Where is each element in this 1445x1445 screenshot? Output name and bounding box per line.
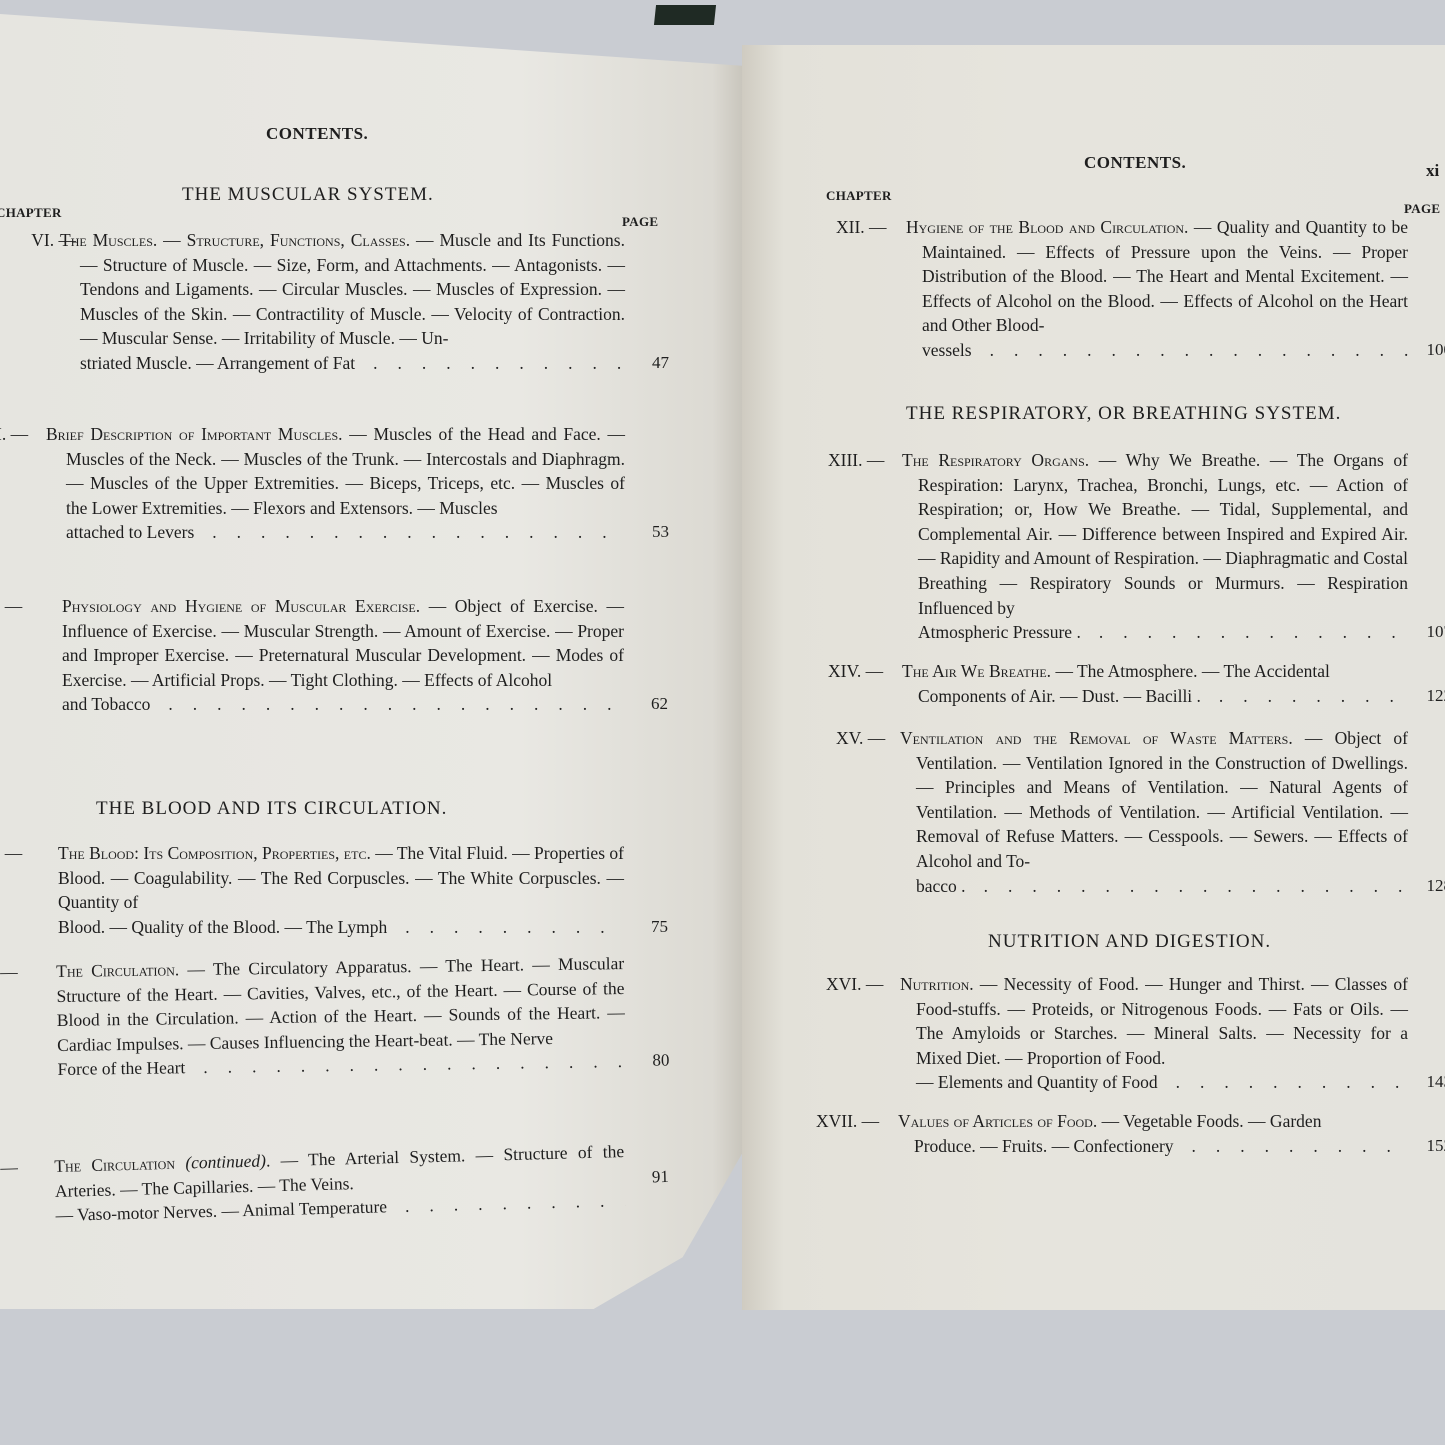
page-number: 75 — [651, 915, 668, 940]
page-number: 100 — [1427, 338, 1445, 363]
toc-entry[interactable]: XVI. — Nutrition. — Necessity of Food. —… — [916, 972, 1408, 1095]
section-title: NUTRITION AND DIGESTION. — [988, 931, 1271, 953]
chapter-label: CHAPTER — [0, 205, 62, 221]
page-number: 91 — [652, 1165, 670, 1190]
chapter-number: I. — — [0, 422, 106, 447]
running-head: CONTENTS. — [266, 124, 368, 144]
folio-number: xi — [1426, 161, 1439, 181]
section-title: THE MUSCULAR SYSTEM. — [182, 184, 434, 206]
page-number: 122 — [1427, 684, 1445, 709]
leader-dots: .......................... — [150, 692, 624, 717]
entry-text: The Blood: Its Composition, Properties, … — [58, 841, 624, 915]
entry-text: The Circulation. — The Circulatory Appar… — [56, 951, 625, 1057]
entry-text: The Air We Breathe. — The Atmosphere. — … — [918, 659, 1408, 684]
leader-dots: .......................... — [972, 338, 1408, 363]
toc-entry[interactable]: XVII. — Values of Articles of Food. — Ve… — [914, 1109, 1408, 1158]
page-label: PAGE — [622, 214, 658, 230]
leader-dots: .......................... — [1174, 1134, 1408, 1159]
section-title: THE BLOOD AND ITS CIRCULATION. — [96, 798, 447, 820]
leader-dots: .......................... — [1081, 620, 1408, 645]
page-number: 80 — [652, 1049, 669, 1074]
entry-text: Physiology and Hygiene of Muscular Exerc… — [62, 594, 624, 692]
book-cover-edge — [654, 5, 716, 25]
entry-text: Ventilation and the Removal of Waste Mat… — [916, 726, 1408, 874]
page-number: 62 — [651, 692, 668, 717]
leader-dots: .......................... — [1201, 684, 1408, 709]
entry-text: The Muscles. — Structure, Functions, Cla… — [80, 228, 625, 351]
chapter-number: XIII. — — [828, 448, 916, 473]
toc-entry[interactable]: XIV. — The Air We Breathe. — The Atmosph… — [918, 659, 1408, 708]
entry-text: Brief Description of Important Muscles. … — [66, 422, 625, 520]
leader-dots: .......................... — [1158, 1070, 1408, 1095]
toc-entry[interactable]: XII. — Hygiene of the Blood and Circulat… — [922, 215, 1408, 363]
entry-text: Nutrition. — Necessity of Food. — Hunger… — [916, 972, 1408, 1070]
leader-dots: .......................... — [387, 915, 624, 940]
toc-entry[interactable]: — The Circulation (continued). — The Art… — [54, 1139, 626, 1228]
chapter-number: XII. — — [836, 215, 920, 240]
page-number: 143 — [1427, 1070, 1445, 1095]
page-number: 152 — [1427, 1134, 1445, 1159]
chapter-label: CHAPTER — [826, 188, 892, 204]
toc-entry[interactable]: . — Physiology and Hygiene of Muscular E… — [62, 594, 624, 717]
entry-text: The Respiratory Organs. — Why We Breathe… — [918, 448, 1408, 620]
chapter-number: XV. — — [836, 726, 914, 751]
page-number: 53 — [652, 520, 669, 545]
toc-entry[interactable]: — The Circulation. — The Circulatory App… — [56, 951, 626, 1082]
entry-text: Values of Articles of Food. — Vegetable … — [914, 1109, 1408, 1134]
leader-dots: .......................... — [185, 1049, 626, 1080]
leader-dots: .......................... — [355, 351, 625, 376]
leader-dots: .......................... — [194, 520, 625, 545]
toc-entry[interactable]: . — The Blood: Its Composition, Properti… — [58, 841, 624, 939]
chapter-number: — — [0, 1154, 51, 1180]
entry-text: Hygiene of the Blood and Circulation. — … — [922, 215, 1408, 338]
running-head: CONTENTS. — [1084, 153, 1186, 173]
toc-entry[interactable]: XIII. — The Respiratory Organs. — Why We… — [918, 448, 1408, 645]
page-number: 107 — [1427, 620, 1445, 645]
toc-entry[interactable]: VI. — The Muscles. — Structure, Function… — [80, 228, 625, 376]
right-page: CONTENTS. xi CHAPTER PAGE XII. — Hygiene… — [742, 45, 1445, 1310]
page-number: 128 — [1427, 874, 1445, 899]
section-title: THE RESPIRATORY, OR BREATHING SYSTEM. — [906, 403, 1341, 425]
chapter-number: XVII. — — [816, 1109, 912, 1134]
toc-entry[interactable]: I. — Brief Description of Important Musc… — [66, 422, 625, 545]
page-label: PAGE — [1404, 201, 1440, 217]
chapter-number: XVI. — — [826, 972, 914, 997]
left-page: CONTENTS. THE MUSCULAR SYSTEM. CHAPTER P… — [0, 14, 742, 1309]
page-number: 47 — [652, 351, 669, 376]
leader-dots: .......................... — [387, 1188, 626, 1219]
chapter-number: . — — [0, 841, 56, 866]
chapter-number: XIV. — — [828, 659, 916, 684]
chapter-number: — — [0, 959, 50, 984]
chapter-number: . — — [0, 594, 56, 619]
toc-entry[interactable]: XV. — Ventilation and the Removal of Was… — [916, 726, 1408, 898]
chapter-number: VI. — — [0, 228, 76, 253]
leader-dots: .......................... — [966, 874, 1408, 899]
